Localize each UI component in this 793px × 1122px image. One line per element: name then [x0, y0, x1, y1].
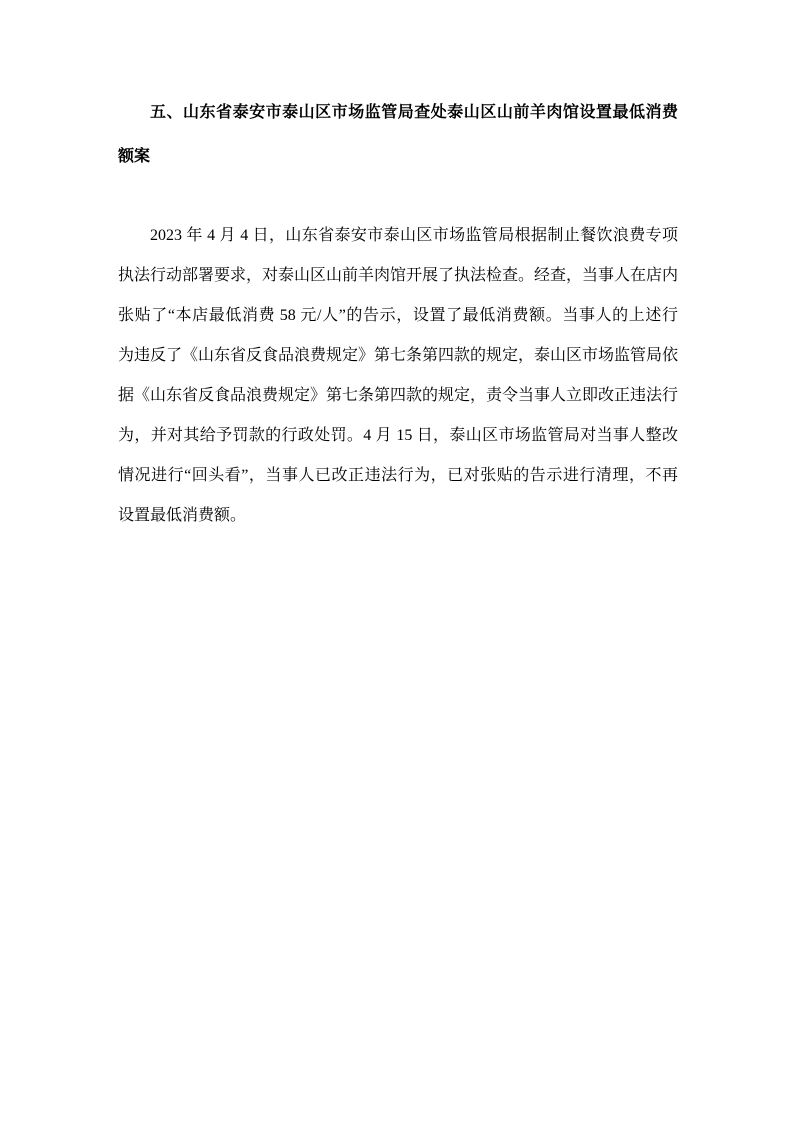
document-title: 五、山东省泰安市泰山区市场监管局查处泰山区山前羊肉馆设置最低消费 额案	[118, 91, 678, 179]
body-line-1: 2023 年 4 月 4 日，山东省泰安市泰山区市场监管局根据制止餐饮浪费专项	[118, 216, 678, 256]
body-line-6: 为，并对其给予罚款的行政处罚。4 月 15 日，泰山区市场监管局对当事人整改	[118, 416, 678, 456]
body-line-4: 为违反了《山东省反食品浪费规定》第七条第四款的规定，泰山区市场监管局依	[118, 336, 678, 376]
title-line-1: 五、山东省泰安市泰山区市场监管局查处泰山区山前羊肉馆设置最低消费	[118, 91, 678, 135]
body-line-3: 张贴了“本店最低消费 58 元/人”的告示，设置了最低消费额。当事人的上述行	[118, 296, 678, 336]
document-content: 五、山东省泰安市泰山区市场监管局查处泰山区山前羊肉馆设置最低消费 额案 2023…	[118, 91, 678, 536]
document-page: 五、山东省泰安市泰山区市场监管局查处泰山区山前羊肉馆设置最低消费 额案 2023…	[0, 0, 793, 1122]
body-line-8: 设置最低消费额。	[118, 496, 678, 536]
title-line-2: 额案	[118, 135, 678, 179]
body-line-2: 执法行动部署要求，对泰山区山前羊肉馆开展了执法检查。经查，当事人在店内	[118, 256, 678, 296]
body-line-7: 情况进行“回头看”，当事人已改正违法行为，已对张贴的告示进行清理，不再	[118, 456, 678, 496]
body-line-5: 据《山东省反食品浪费规定》第七条第四款的规定，责令当事人立即改正违法行	[118, 376, 678, 416]
document-body-paragraph: 2023 年 4 月 4 日，山东省泰安市泰山区市场监管局根据制止餐饮浪费专项 …	[118, 216, 678, 536]
